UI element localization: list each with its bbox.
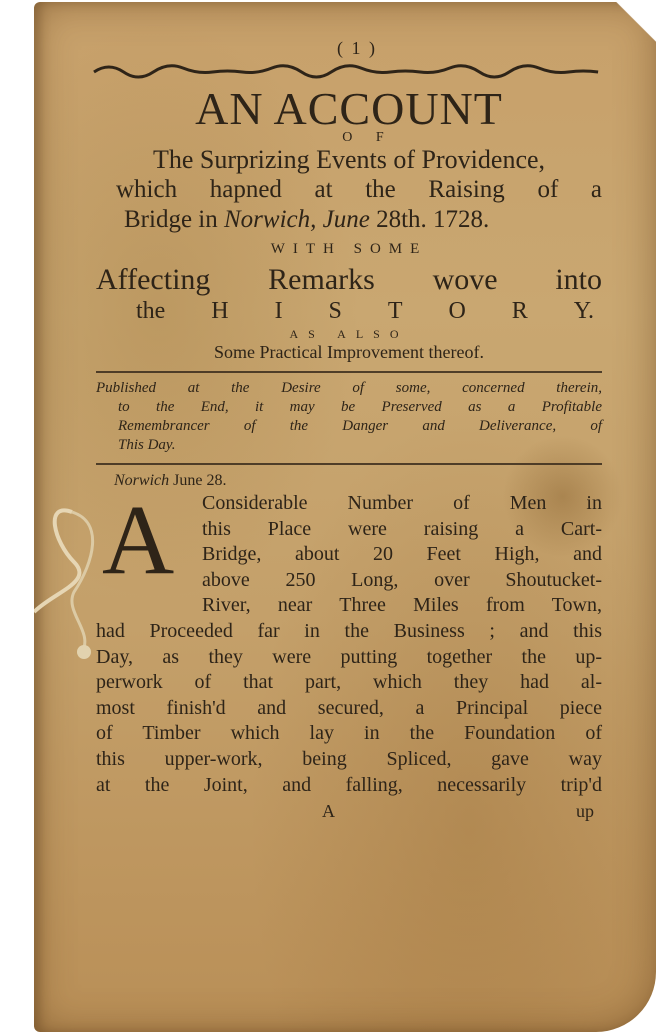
subtitle-bridge: Bridge in bbox=[124, 206, 224, 233]
pamphlet-page: ( 1 ) AN ACCOUNT O F The Surprizing Even… bbox=[34, 2, 656, 1032]
subtitle-line-2: which hapned at the Raising of a bbox=[96, 175, 602, 205]
subtitle-date: 28th. 1728. bbox=[376, 206, 489, 233]
body-line: most finish'd and secured, a Principal p… bbox=[96, 696, 602, 722]
dateline-date: June 28. bbox=[173, 472, 226, 489]
subtitle-line-3: Bridge in Norwich, June 28th. 1728. bbox=[96, 205, 602, 235]
body-text: A Considerable Number of Men in this Pla… bbox=[96, 491, 602, 798]
subtitle-line-1: The Surprizing Events of Providence, bbox=[96, 145, 602, 175]
main-title: AN ACCOUNT bbox=[96, 87, 602, 131]
body-line: had Proceeded far in the Business ; and … bbox=[96, 619, 602, 645]
body-line: perwork of that part, which they had al- bbox=[96, 670, 602, 696]
publication-line: Published at the Desire of some, concern… bbox=[96, 379, 602, 398]
body-line: Day, as they were putting together the u… bbox=[96, 645, 602, 671]
wave-ornament-icon bbox=[92, 58, 606, 80]
catchword: up bbox=[576, 800, 594, 822]
page-number: ( 1 ) bbox=[112, 38, 602, 58]
publication-line: This Day. bbox=[96, 436, 602, 455]
publication-line: to the End, it may be Preserved as a Pro… bbox=[96, 398, 602, 417]
body-line: this upper-work, being Spliced, gave way bbox=[96, 747, 602, 773]
practical-improvement: Some Practical Improvement thereof. bbox=[96, 341, 602, 363]
history-letter: R bbox=[512, 297, 528, 325]
history-letter: O bbox=[448, 297, 465, 325]
as-also: AS ALSO bbox=[96, 327, 602, 341]
signature-mark: A bbox=[322, 800, 335, 822]
divider-rule bbox=[96, 463, 602, 465]
history-letter: I bbox=[275, 297, 283, 325]
with-some: WITH SOME bbox=[96, 237, 602, 261]
drop-cap: A bbox=[102, 495, 174, 585]
publication-line: Remembrancer of the Danger and Deliveran… bbox=[96, 417, 602, 436]
page-footer: A up bbox=[96, 800, 602, 822]
history-prefix: the bbox=[136, 297, 165, 325]
body-line: of Timber which lay in the Foundation of bbox=[96, 721, 602, 747]
history-letter: H bbox=[211, 297, 228, 325]
remarks-line: Affecting Remarks wove into bbox=[96, 263, 602, 297]
title-page-content: ( 1 ) AN ACCOUNT O F The Surprizing Even… bbox=[96, 38, 602, 822]
history-line: the H I S T O R Y. bbox=[96, 297, 602, 325]
subtitle-month: June bbox=[316, 206, 376, 233]
publication-note: Published at the Desire of some, concern… bbox=[96, 379, 602, 455]
history-letter: T bbox=[388, 297, 403, 325]
history-letter: Y. bbox=[574, 297, 594, 325]
divider-rule bbox=[96, 371, 602, 373]
history-letter: S bbox=[329, 297, 342, 325]
body-line: River, near Three Miles from Town, bbox=[96, 593, 602, 619]
body-line: at the Joint, and falling, necessarily t… bbox=[96, 773, 602, 799]
subtitle-place: Norwich, bbox=[224, 206, 316, 233]
